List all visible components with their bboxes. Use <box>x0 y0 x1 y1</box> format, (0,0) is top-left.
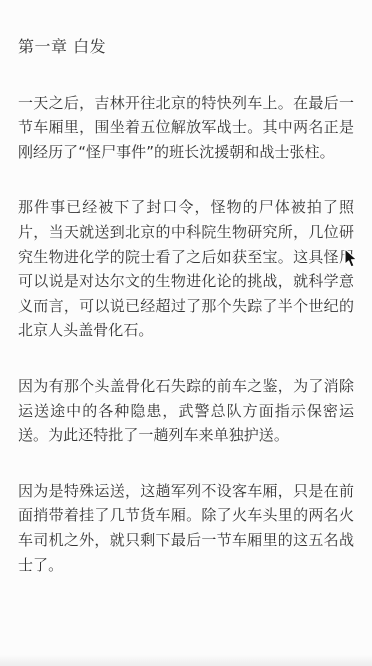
reader-page: 第一章 白发 一天之后，吉林开往北京的特快列车上。在最后一节车厢里，围坐着五位解… <box>0 0 372 666</box>
paragraph: 一天之后，吉林开往北京的特快列车上。在最后一节车厢里，围坐着五位解放军战士。其中… <box>18 91 354 165</box>
paragraph: 因为是特殊运送，这趟军列不设客车厢，只是在前面捎带着挂了几节货车厢。除了火车头里… <box>18 479 354 577</box>
reader-content: 第一章 白发 一天之后，吉林开往北京的特快列车上。在最后一节车厢里，围坐着五位解… <box>0 0 372 577</box>
footer-strip <box>0 655 372 666</box>
paragraph: 因为有那个头盖骨化石失踪的前车之鉴，为了消除运送途中的各种隐患，武警总队方面指示… <box>18 374 354 448</box>
chapter-title: 第一章 白发 <box>18 35 354 60</box>
paragraph: 那件事已经被下了封口令，怪物的尸体被拍了照片，当天就送到北京的中科院生物研究所，… <box>18 195 354 343</box>
